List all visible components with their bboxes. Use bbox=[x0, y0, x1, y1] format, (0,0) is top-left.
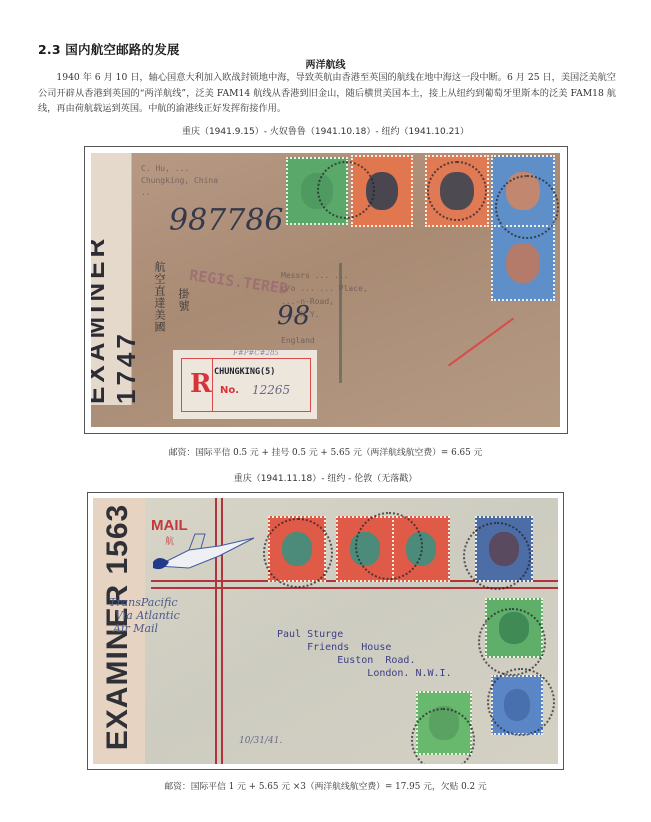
censor-tape: EXAMINER 1747 bbox=[91, 153, 132, 405]
cover-2-caption: 邮资：国际平信 1 元 + 5.65 元 ×3（两洋航线航空费）= 17.95 … bbox=[0, 779, 651, 792]
postmark bbox=[263, 518, 333, 588]
cover-2-image: EXAMINER 1563 MAIL 航 TransPacific Via At… bbox=[93, 498, 558, 764]
cover-2-frame: EXAMINER 1563 MAIL 航 TransPacific Via At… bbox=[87, 492, 564, 770]
postmark bbox=[487, 668, 555, 736]
censor-label: EXAMINER 1747 bbox=[91, 184, 142, 404]
recipient-address: Paul Sturge Friends House Euston Road. L… bbox=[277, 628, 452, 680]
handwritten-number: 987786 bbox=[169, 203, 284, 238]
registration-label: F#P#C#285 R CHUNGKING(5) No. 12265 bbox=[173, 350, 317, 419]
postmark bbox=[463, 522, 531, 590]
postmark bbox=[317, 161, 375, 219]
recipient-address: Messrs ... ... c/o ... ... Place, ...-n-… bbox=[281, 269, 368, 347]
postmark bbox=[427, 161, 487, 221]
intro-paragraph: 1940 年 6 月 10 日，轴心国意大利加入欧战封锁地中海，导致英航由香港至… bbox=[38, 70, 616, 117]
airplane-icon bbox=[149, 528, 259, 578]
crayon-line bbox=[339, 263, 342, 383]
cover-1-frame: EXAMINER 1747 C. Hu, ... Chungking, Chin… bbox=[84, 146, 568, 434]
registration-city: CHUNGKING(5) bbox=[214, 367, 275, 377]
cover-1-caption: 邮资：国际平信 0.5 元 + 挂号 0.5 元 + 5.65 元（两洋航线航空… bbox=[0, 445, 651, 458]
postmark bbox=[478, 608, 546, 676]
cover-1-route: 重庆（1941.9.15）- 火奴鲁鲁（1941.10.18）- 纽约（1941… bbox=[0, 124, 651, 137]
postmark bbox=[495, 175, 559, 239]
registered-handstamp: REGIS.TERED bbox=[188, 266, 289, 298]
registration-no-label: No. bbox=[220, 385, 239, 396]
registration-letter: R bbox=[190, 369, 212, 399]
sender-address: C. Hu, ... Chungking, China .. bbox=[141, 163, 218, 199]
registration-number: 12265 bbox=[252, 383, 290, 397]
red-crayon-mark bbox=[448, 318, 514, 367]
cover-2-route: 重庆（1941.11.18）- 纽约 - 伦敦（无落戳） bbox=[0, 471, 651, 484]
chinese-airmail-note: 航空直達美國 bbox=[151, 261, 167, 333]
subtitle: 两洋航线 bbox=[0, 56, 651, 71]
postmark bbox=[411, 708, 475, 764]
cover-1-image: EXAMINER 1747 C. Hu, ... Chungking, Chin… bbox=[91, 153, 560, 427]
handwritten-date: 10/31/41. bbox=[239, 736, 282, 746]
handwritten-routing-note: TransPacific Via Atlantic Air Mail bbox=[109, 596, 180, 635]
paragraph-text: 1940 年 6 月 10 日，轴心国意大利加入欧战封锁地中海，导致英航由香港至… bbox=[38, 70, 616, 117]
postmark bbox=[355, 512, 423, 580]
chinese-registered-note: 掛號 bbox=[175, 288, 191, 312]
